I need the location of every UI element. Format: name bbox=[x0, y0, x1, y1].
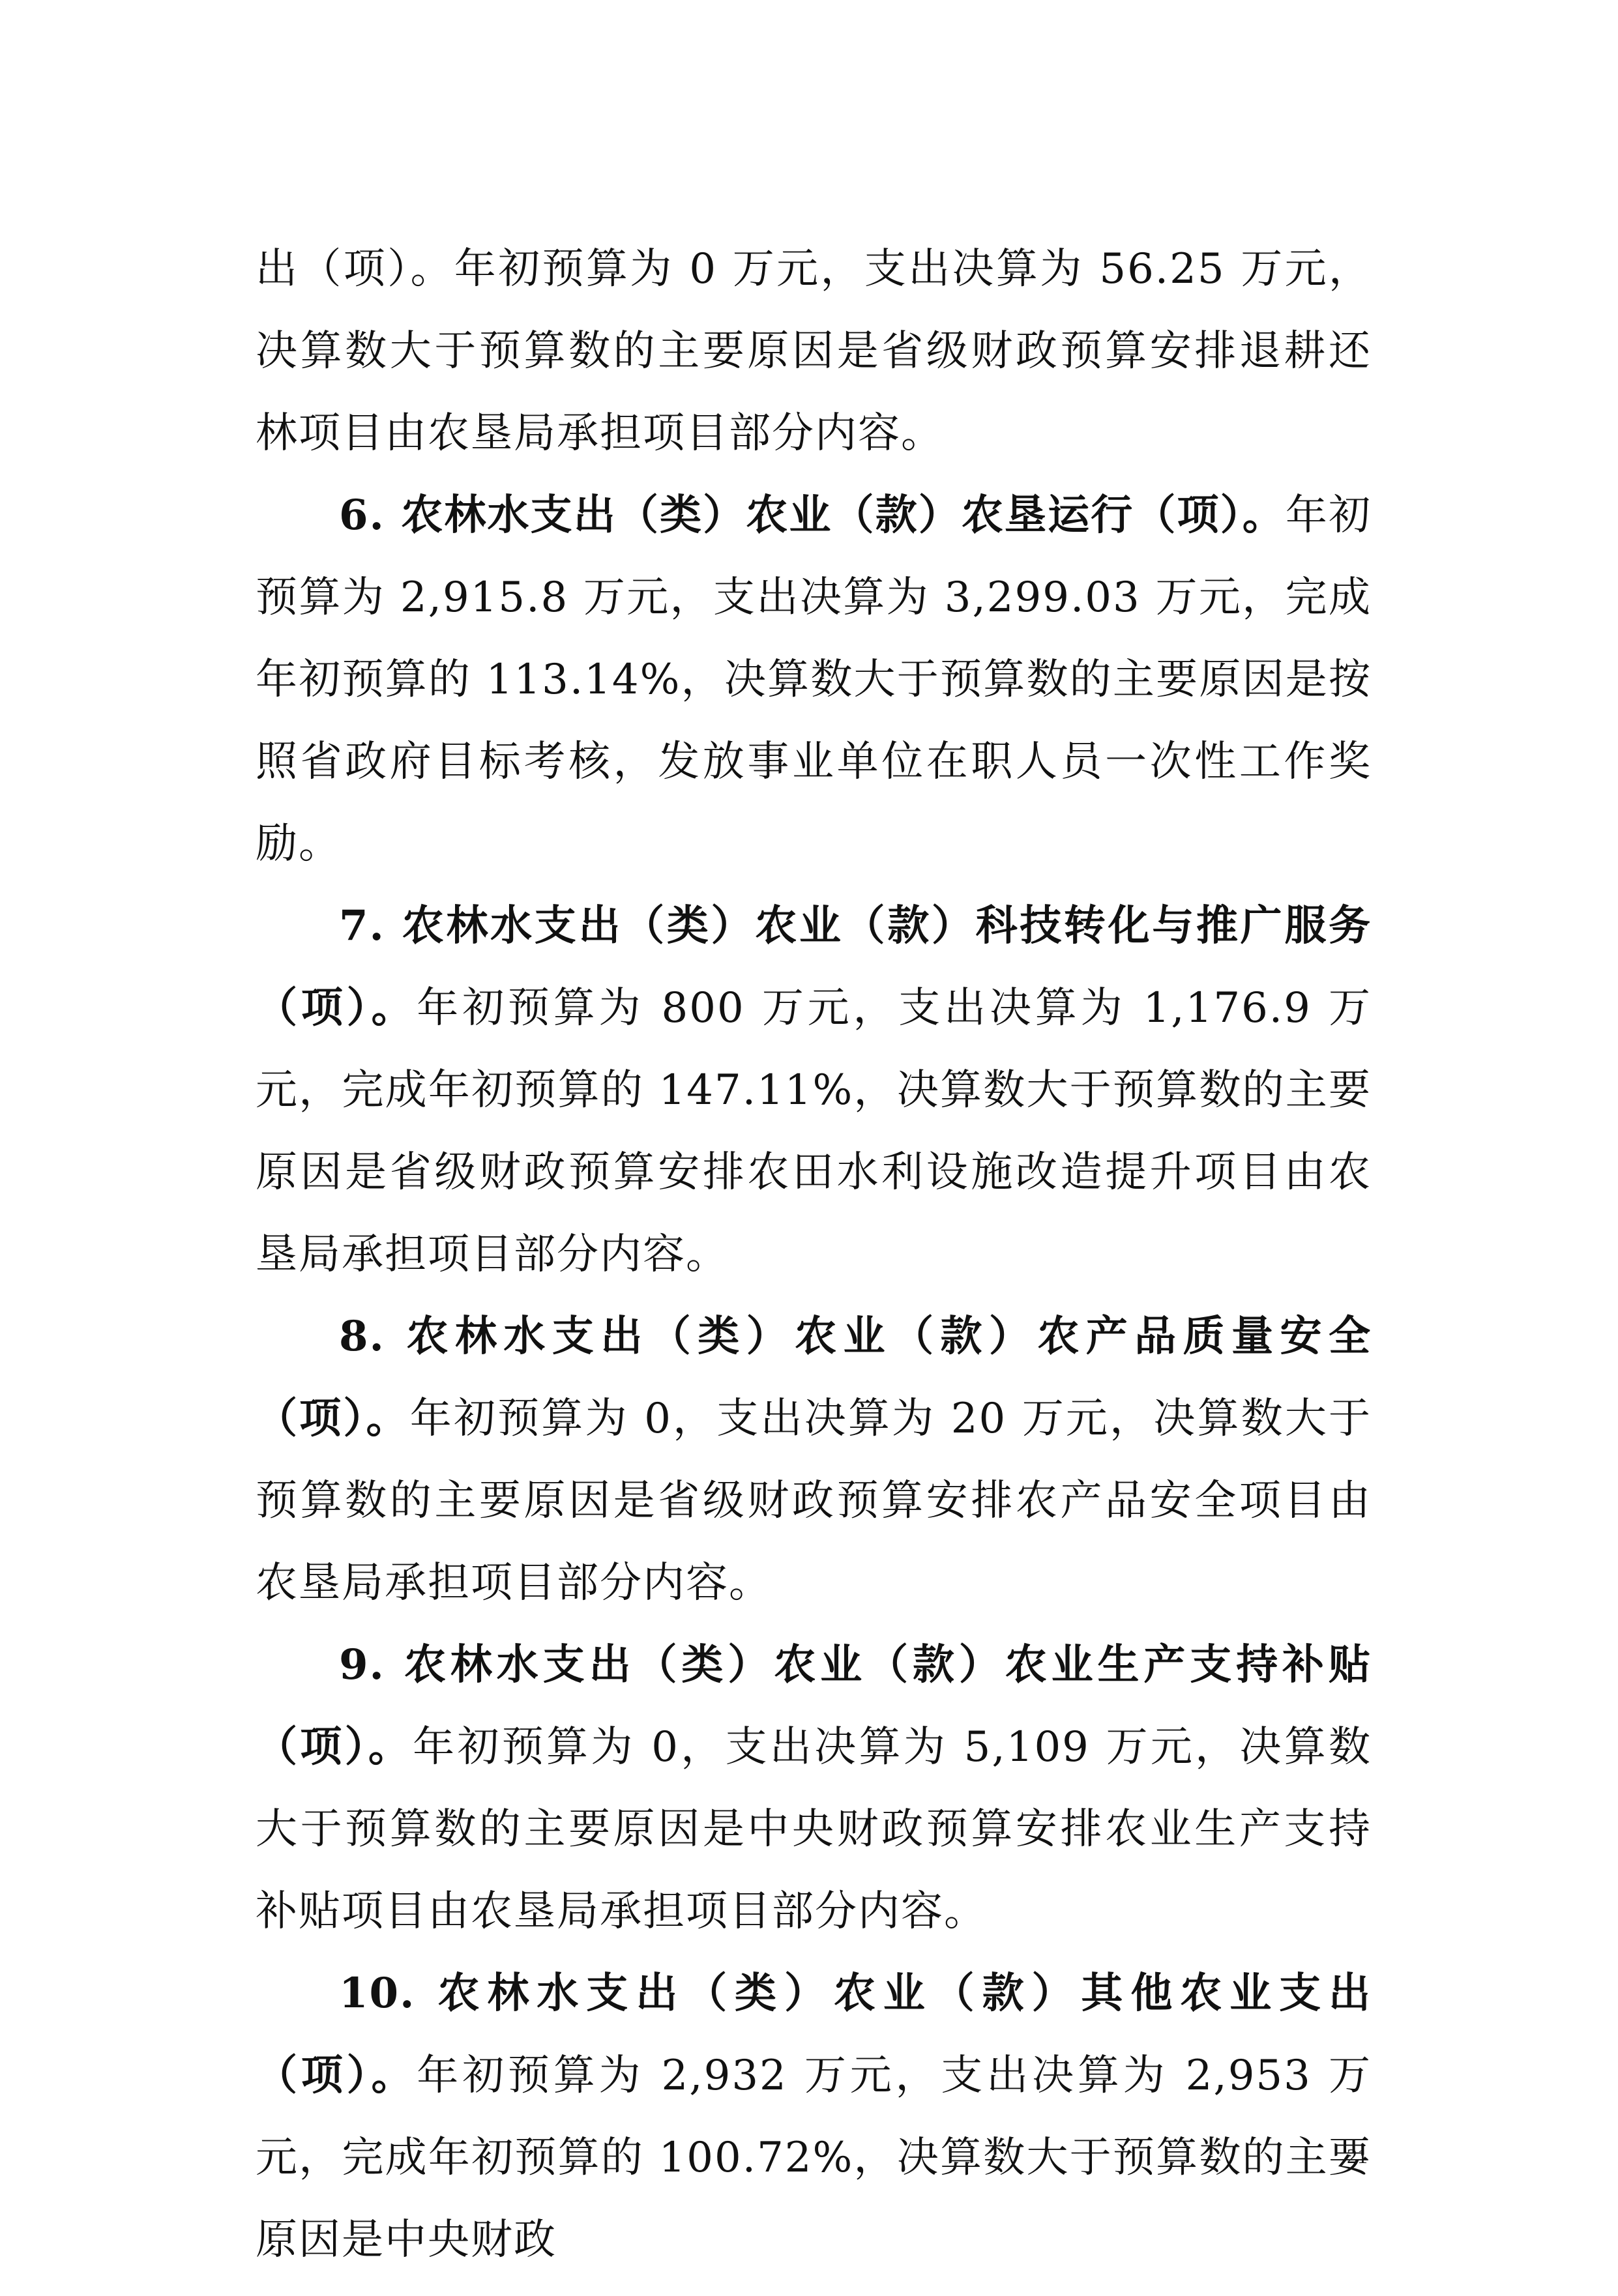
page-number: 21 bbox=[1347, 2144, 1368, 2168]
paragraph-body: 年初预算为 2,932 万元，支出决算为 2,953 万元，完成年初预算的 10… bbox=[256, 2052, 1372, 2264]
paragraph-item-5-continuation: 出（项）。年初预算为 0 万元，支出决算为 56.25 万元，决算数大于预算数的… bbox=[256, 228, 1372, 474]
paragraph-item-10: 10. 农林水支出（类）农业（款）其他农业支出（项）。年初预算为 2,932 万… bbox=[256, 1953, 1372, 2281]
paragraph-item-6: 6. 农林水支出（类）农业（款）农垦运行（项）。年初预算为 2,915.8 万元… bbox=[256, 474, 1372, 885]
paragraph-item-8: 8. 农林水支出（类）农业（款）农产品质量安全（项）。年初预算为 0，支出决算为… bbox=[256, 1296, 1372, 1624]
paragraph-item-7: 7. 农林水支出（类）农业（款）科技转化与推广服务（项）。年初预算为 800 万… bbox=[256, 885, 1372, 1296]
paragraph-item-9: 9. 农林水支出（类）农业（款）农业生产支持补贴（项）。年初预算为 0，支出决算… bbox=[256, 1624, 1372, 1953]
paragraph-body: 年初预算为 0，支出决算为 20 万元，决算数大于预算数的主要原因是省级财政预算… bbox=[256, 1395, 1372, 1607]
paragraph-body: 年初预算为 0，支出决算为 5,109 万元，决算数大于预算数的主要原因是中央财… bbox=[256, 1723, 1372, 1936]
paragraph-body: 年初预算为 2,915.8 万元，支出决算为 3,299.03 万元，完成年初预… bbox=[256, 491, 1372, 868]
paragraph-heading: 6. 农林水支出（类）农业（款）农垦运行（项）。 bbox=[339, 491, 1286, 540]
document-page-body: 出（项）。年初预算为 0 万元，支出决算为 56.25 万元，决算数大于预算数的… bbox=[256, 228, 1372, 2281]
paragraph-body: 出（项）。年初预算为 0 万元，支出决算为 56.25 万元，决算数大于预算数的… bbox=[256, 245, 1372, 458]
paragraph-body: 年初预算为 800 万元，支出决算为 1,176.9 万元，完成年初预算的 14… bbox=[256, 984, 1372, 1279]
